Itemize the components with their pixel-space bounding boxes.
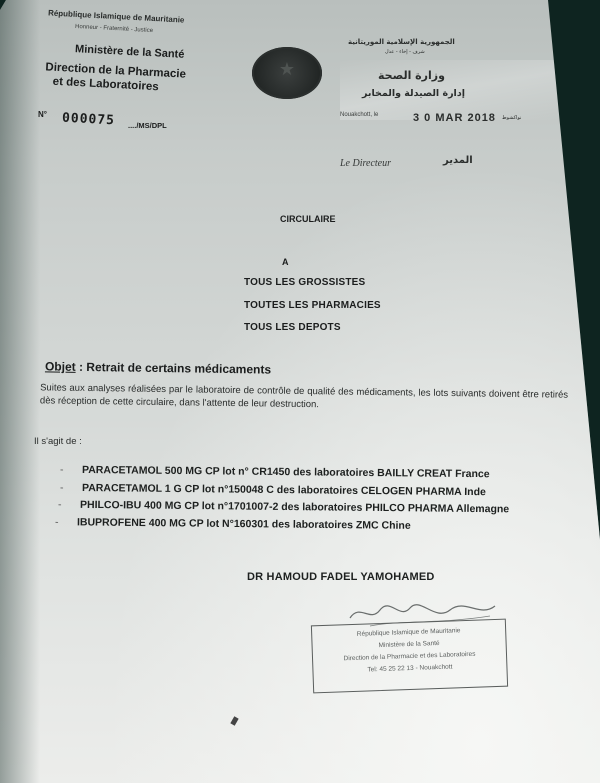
subject-line: Objet : Retrait de certains médicaments: [45, 359, 271, 376]
sender-title: Le Directeur: [340, 158, 391, 169]
subject-label: Objet: [45, 359, 76, 373]
official-stamp: République Islamique de Mauritanie Minis…: [311, 619, 508, 694]
bullet: -: [55, 516, 77, 528]
lot-product: PARACETAMOL 500 MG CP: [82, 464, 220, 477]
header-direction-arabic: إدارة الصيدلة والمخابر: [362, 88, 465, 99]
list-intro: Il s'agit de :: [34, 436, 82, 447]
star-icon: ★: [252, 59, 322, 80]
date-suffix-arabic: نواكشوط: [502, 115, 521, 121]
national-seal-icon: ★: [252, 47, 322, 99]
header-republic: République Islamique de Mauritanie: [48, 8, 185, 24]
lot-lab: des laboratoires CELOGEN PHARMA Inde: [277, 484, 486, 498]
header-motto: Honneur - Fraternité - Justice: [75, 24, 153, 34]
date-stamp: 3 0 MAR 2018: [413, 112, 496, 124]
lot-product: IBUPROFENE 400 MG CP: [77, 516, 204, 529]
reference-number: 000075: [62, 111, 116, 129]
header-ministry: Ministère de la Santé: [75, 43, 185, 61]
lot-lab: des laboratoires ZMC Chine: [272, 518, 411, 531]
body-paragraph: Suites aux analyses réalisées par le lab…: [40, 382, 568, 414]
recipient-pharmacies: TOUTES LES PHARMACIES: [244, 300, 381, 311]
lot-item: -PHILCO-IBU 400 MG CP lot n°1701007-2 de…: [58, 499, 509, 516]
bullet: -: [60, 482, 82, 494]
circular-to: A: [282, 257, 289, 267]
recipient-depots: TOUS LES DEPOTS: [244, 322, 341, 333]
header-direction: Direction de la Pharmacie et des Laborat…: [44, 60, 186, 95]
circular-title: CIRCULAIRE: [280, 214, 336, 224]
reference-number-suffix: ..../MS/DPL: [128, 121, 167, 130]
lot-item: -PARACETAMOL 1 G CP lot n°150048 C des l…: [60, 482, 486, 498]
lot-lab: des laboratoires BAILLY CREAT France: [293, 466, 490, 480]
reference-number-label: N°: [38, 110, 47, 119]
signatory-name: DR HAMOUD FADEL YAMOHAMED: [247, 571, 435, 583]
bullet: -: [58, 499, 80, 511]
lot-item: -IBUPROFENE 400 MG CP lot N°160301 des l…: [55, 516, 411, 532]
lot-product: PARACETAMOL 1 G CP: [82, 482, 199, 495]
subject-separator: :: [76, 360, 87, 374]
ministry-name: Ministère de la Santé: [75, 43, 185, 61]
lot-product: PHILCO-IBU 400 MG CP: [80, 499, 199, 512]
subject-text: Retrait de certains médicaments: [86, 360, 271, 377]
header-republic-arabic: الجمهورية الإسلامية الموريتانية: [348, 38, 455, 46]
document-paper: République Islamique de Mauritanie Honne…: [0, 0, 600, 783]
header-ministry-arabic: وزارة الصحة: [378, 69, 445, 82]
recipient-wholesalers: TOUS LES GROSSISTES: [244, 277, 365, 288]
lot-number: lot n° CR1450: [222, 465, 290, 478]
lot-number: lot n°1701007-2: [202, 500, 279, 513]
lot-item: -PARACETAMOL 500 MG CP lot n° CR1450 des…: [60, 464, 490, 480]
lot-lab: des laboratoires PHILCO PHARMA Allemagne: [281, 501, 509, 515]
ink-mark: [230, 716, 238, 725]
date-prefix: Nouakchott, le: [340, 112, 378, 118]
sender-title-arabic: المدير: [443, 155, 473, 166]
header-motto-arabic: شرف - إخاء - عدل: [385, 49, 425, 55]
bullet: -: [60, 464, 82, 476]
lot-number: lot N°160301: [206, 518, 269, 531]
lot-number: lot n°150048 C: [202, 483, 274, 496]
